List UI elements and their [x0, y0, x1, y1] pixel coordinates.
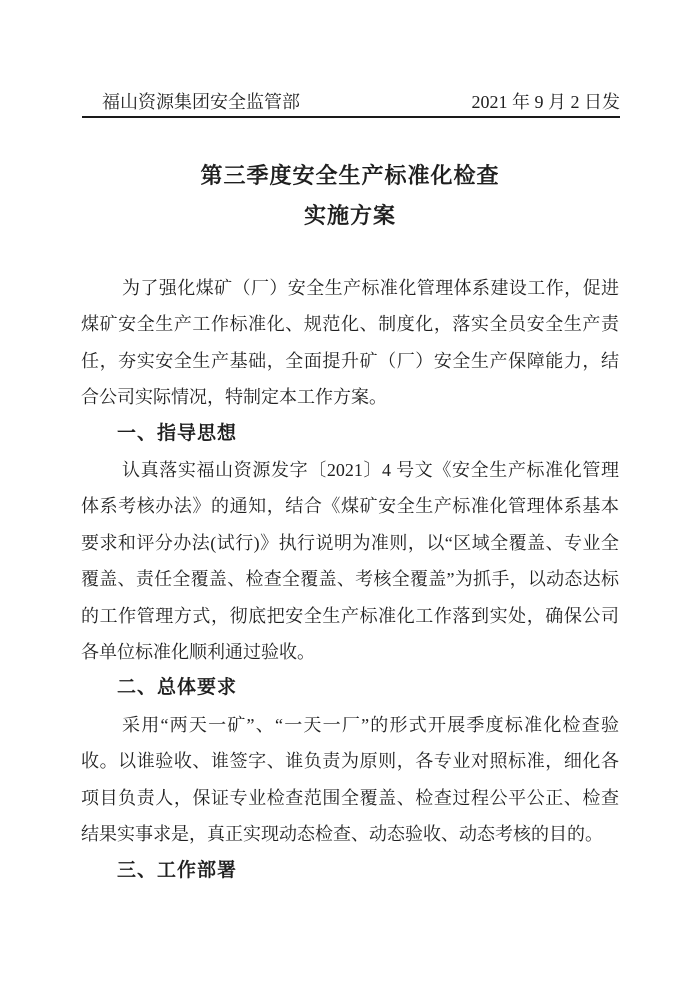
document-title-line2: 实施方案: [304, 203, 396, 228]
document-body: 为了强化煤矿（厂）安全生产标准化管理体系建设工作，促进煤矿安全生产工作标准化、规…: [81, 270, 619, 889]
document-title-line1: 第三季度安全生产标准化检查: [200, 163, 499, 188]
section-heading-3: 三、工作部署: [81, 853, 619, 889]
section-paragraph-1: 认真落实福山资源发字〔2021〕4 号文《安全生产标准化管理体系考核办法》的通知…: [81, 452, 619, 670]
section-heading-1: 一、指导思想: [81, 416, 619, 452]
section-heading-2: 二、总体要求: [81, 670, 619, 706]
document-page: 福山资源集团安全监管部 2021 年 9 月 2 日发 第三季度安全生产标准化检…: [0, 0, 700, 990]
letterhead: 福山资源集团安全监管部 2021 年 9 月 2 日发: [82, 90, 620, 118]
section-paragraph-2: 采用“两天一矿”、“一天一厂”的形式开展季度标准化检查验收。以谁验收、谁签字、谁…: [81, 707, 619, 853]
intro-paragraph: 为了强化煤矿（厂）安全生产标准化管理体系建设工作，促进煤矿安全生产工作标准化、规…: [81, 270, 619, 416]
letterhead-department: 福山资源集团安全监管部: [82, 90, 300, 114]
document-title: 第三季度安全生产标准化检查 实施方案: [0, 156, 700, 236]
letterhead-issue-date: 2021 年 9 月 2 日发: [472, 90, 621, 114]
